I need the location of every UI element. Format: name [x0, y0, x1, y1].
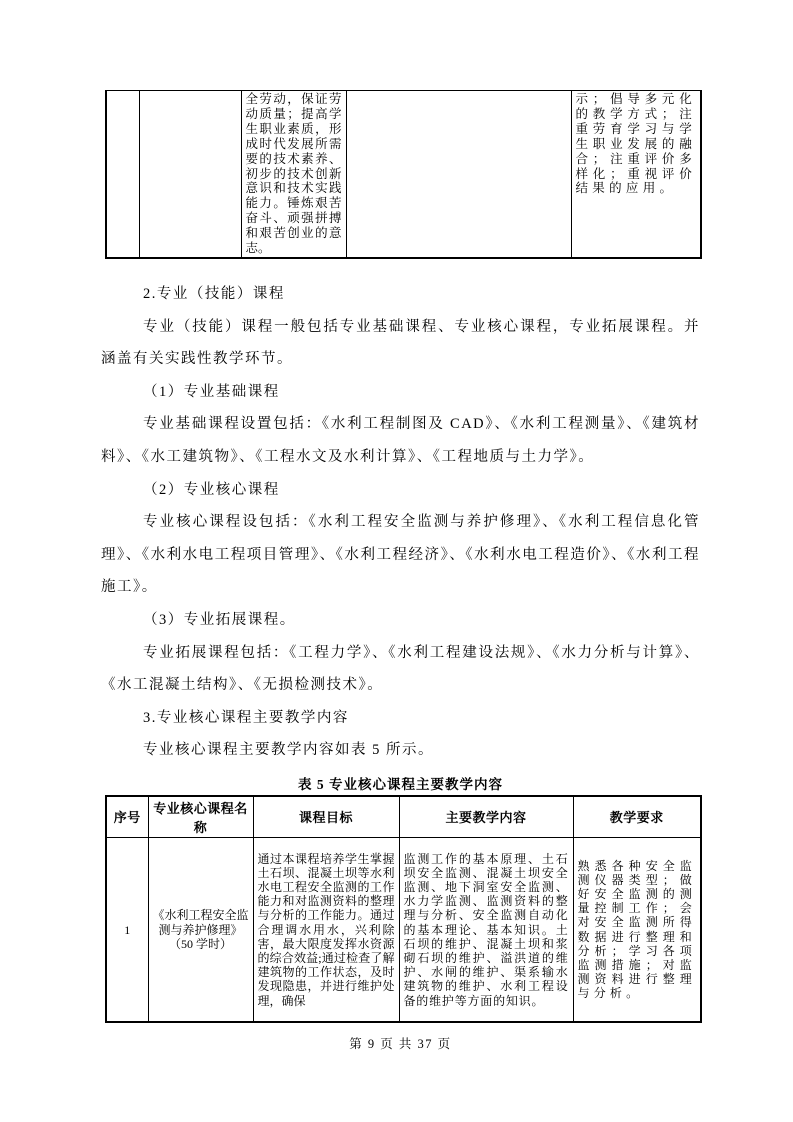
continued-course-table: 全劳动，保证劳动质量；提高学生职业素质，形成时代发展所需要的技术素养、初步的技术… [105, 90, 702, 259]
heading-expand-courses: （3）专业拓展课程。 [101, 604, 700, 637]
table5-cell-content: 监测工作的基本原理、土石坝安全监测、混凝土坝安全监测、地下洞室安全监测、水力学监… [399, 837, 573, 1022]
para-skill-courses-desc: 专业（技能）课程一般包括专业基础课程、专业核心课程，专业拓展课程。并涵盖有关实践… [101, 311, 700, 376]
cont-col-name [139, 91, 241, 258]
table5-header-requirement: 教学要求 [573, 796, 701, 838]
table5-header-objective: 课程目标 [253, 796, 399, 838]
para-basic-courses-list: 专业基础课程设置包括：《水利工程制图及 CAD》、《水利工程测量》、《建筑材料》… [101, 408, 700, 473]
cont-col-objective: 全劳动，保证劳动质量；提高学生职业素质，形成时代发展所需要的技术素养、初步的技术… [241, 91, 346, 258]
heading-basic-courses: （1）专业基础课程 [101, 376, 700, 409]
para-expand-courses-list: 专业拓展课程包括：《工程力学》、《水利工程建设法规》、《水力分析与计算》、《水工… [101, 637, 700, 702]
table5-header-no: 序号 [106, 796, 148, 838]
body-text: 2.专业（技能）课程 专业（技能）课程一般包括专业基础课程、专业核心课程，专业拓… [101, 278, 700, 767]
course-name: 《水利工程安全监测与养护修理》 [153, 908, 249, 936]
cont-col-content [346, 91, 571, 258]
table5-header-content: 主要教学内容 [399, 796, 573, 838]
table5-row-1: 1 《水利工程安全监测与养护修理》 （50 学时） 通过本课程培养学生掌握土石坝… [106, 837, 701, 1022]
table5-cell-no: 1 [106, 837, 148, 1022]
table5-caption: 表 5 专业核心课程主要教学内容 [101, 773, 700, 793]
table5-header-name: 专业核心课程名称 [148, 796, 253, 838]
heading-core-teaching-content: 3.专业核心课程主要教学内容 [101, 702, 700, 735]
para-table5-intro: 专业核心课程主要教学内容如表 5 所示。 [101, 734, 700, 767]
table5-header-row: 序号 专业核心课程名称 课程目标 主要教学内容 教学要求 [106, 796, 701, 838]
page-content: 全劳动，保证劳动质量；提高学生职业素质，形成时代发展所需要的技术素养、初步的技术… [101, 0, 700, 1052]
table5-cell-objective: 通过本课程培养学生掌握土石坝、混凝土坝等水利水电工程安全监测的工作能力和对监测资… [253, 837, 399, 1022]
page-number-footer: 第 9 页 共 37 页 [101, 1034, 700, 1052]
table-row: 全劳动，保证劳动质量；提高学生职业素质，形成时代发展所需要的技术素养、初步的技术… [106, 91, 701, 258]
heading-skill-courses: 2.专业（技能）课程 [101, 278, 700, 311]
table5-cell-name: 《水利工程安全监测与养护修理》 （50 学时） [148, 837, 253, 1022]
table5-core-courses: 序号 专业核心课程名称 课程目标 主要教学内容 教学要求 1 《水利工程安全监测… [105, 795, 702, 1024]
course-hours: （50 学时） [153, 937, 249, 951]
heading-core-courses: （2）专业核心课程 [101, 474, 700, 507]
cont-col-requirement: 示；倡导多元化的教学方式；注重劳育学习与学生职业发展的融合；注重评价多样化；重视… [571, 91, 701, 258]
document-page: 全劳动，保证劳动质量；提高学生职业素质，形成时代发展所需要的技术素养、初步的技术… [0, 0, 793, 1122]
para-core-courses-list: 专业核心课程设包括：《水利工程安全监测与养护修理》、《水利工程信息化管理》、《水… [101, 506, 700, 604]
table5-cell-requirement: 熟悉各种安全监测仪器类型；做好安全监测的测量控制工作；会对安全监测所得数据进行整… [573, 837, 701, 1022]
cont-col-no [106, 91, 139, 258]
